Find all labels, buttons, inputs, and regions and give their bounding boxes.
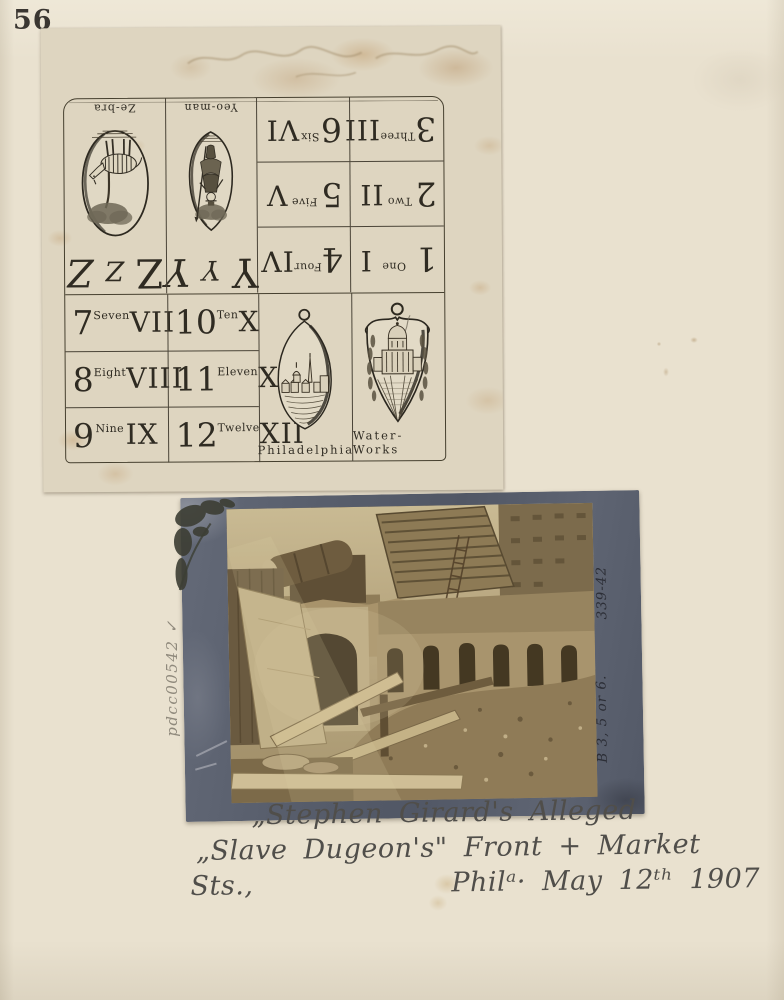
number-cell-4: 4 Four IV: [257, 227, 351, 292]
number-cell-11: 11 Eleven XI: [167, 350, 258, 407]
number-cell-2: 2 Two II: [350, 162, 444, 227]
photo-margin-note-lower: B 3, 5 or 6.: [593, 675, 611, 763]
photo-margin-note-upper: 339-42: [593, 566, 610, 620]
mount-scratch: [196, 740, 227, 757]
caption-line-3-left: Sts.,: [190, 868, 253, 904]
number-cell-12: 12 Twelve XII: [167, 406, 258, 463]
number-cell-6: 6 Six VI: [257, 98, 351, 163]
alphabet-print-sheet: 1 One I 4 Four IV 2 Two II: [41, 26, 504, 493]
engraved-chart: 1 One I 4 Four IV 2 Two II: [63, 96, 446, 463]
philadelphia-medallion: [262, 295, 348, 443]
yeoman-engraving: [171, 114, 251, 251]
number-cell-3: 3 Three III: [350, 97, 444, 162]
letter-cell-yeoman: Y Y Y: [166, 98, 258, 293]
number-cell-7: 7 Seven VII: [65, 294, 167, 351]
zebra-engraving: [70, 115, 159, 252]
emblem-cell-philadelphia: Philadelphia: [258, 293, 352, 462]
chart-upper-half: 1 One I 4 Four IV 2 Two II: [64, 97, 444, 294]
letter-glyphs-y: Y Y Y: [165, 251, 259, 294]
emblem-cell-waterworks: Water-Works: [351, 293, 445, 462]
waterworks-shield: [356, 295, 442, 429]
letter-glyphs-z: Z Z Z: [67, 251, 164, 294]
number-cell-10: 10 Ten X: [167, 294, 258, 351]
mount-scratch: [195, 763, 217, 771]
caption-line-3-right: Philᵃ· May 12ᵗʰ 1907: [451, 861, 760, 900]
foliage-corner: [172, 492, 284, 624]
chart-lower-half: 7 Seven VII 10 Ten X 8 Eight VIII: [65, 292, 445, 464]
catalog-number-note: pdcc00542 ✓: [163, 619, 181, 737]
number-cell-8: 8 Eight VIII: [66, 350, 168, 407]
photo-mount: 339-42 B 3, 5 or 6.: [180, 490, 645, 822]
number-cell-5: 5 Five V: [257, 162, 351, 227]
letter-cell-zebra: Z Z Z: [64, 99, 167, 294]
number-cell-9: 9 Nine IX: [66, 406, 168, 463]
scrapbook-page: 56 1 One I 4 Four IV: [0, 0, 784, 1000]
number-cell-1: 1 One I: [351, 227, 445, 292]
handwritten-caption: „Stephen Girard's Alleged „Slave Dugeon'…: [189, 791, 768, 904]
faint-pencil-inscription: [176, 32, 486, 94]
